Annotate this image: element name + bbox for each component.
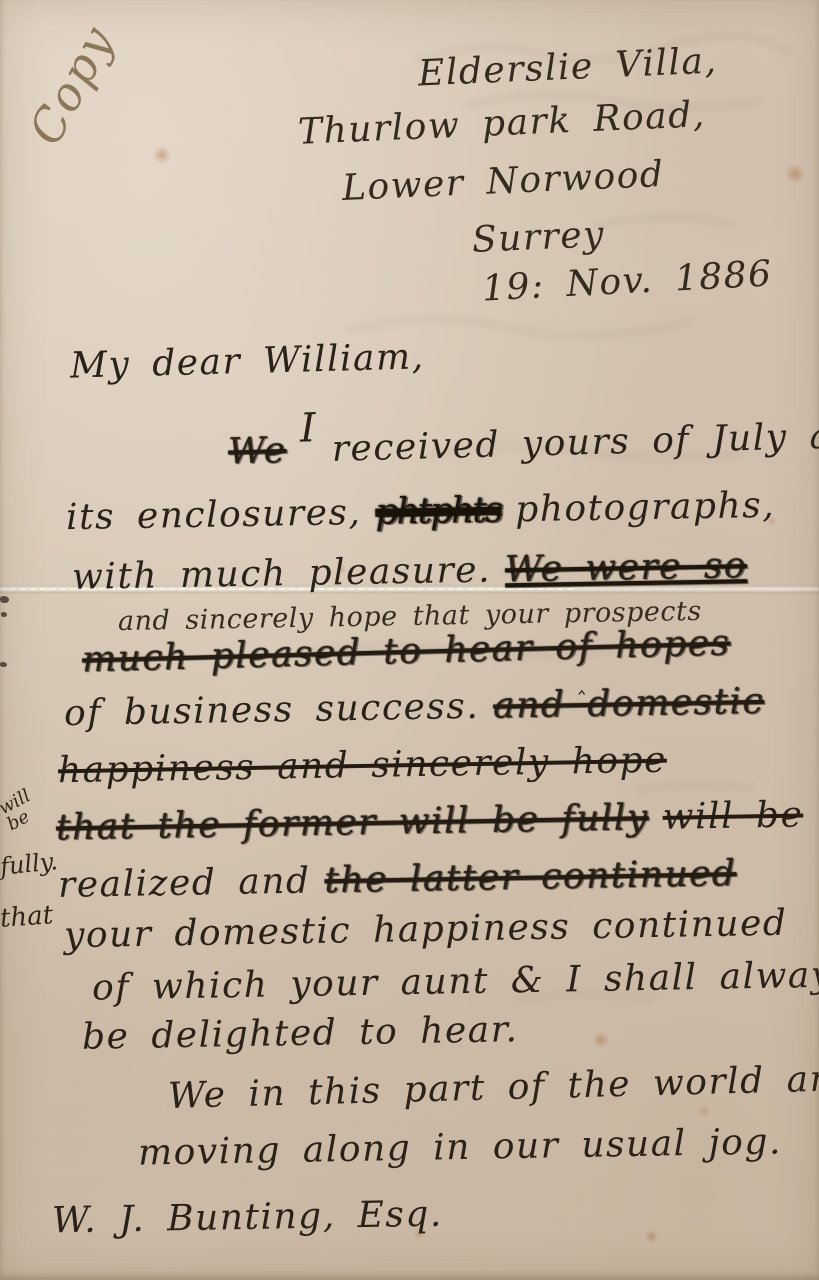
deleted-phrase: that the former will be fully xyxy=(56,798,649,848)
letter-line-12: We in this part of the world are xyxy=(168,1059,819,1116)
edge-speck xyxy=(0,596,9,603)
address-line-2: Thurlow park Road, xyxy=(297,95,706,152)
line-text: received yours of July and xyxy=(331,415,819,469)
line-text: realized and xyxy=(58,862,311,906)
margin-note-fully: fully. xyxy=(0,847,59,881)
inserted-word: I xyxy=(299,406,317,450)
stain xyxy=(696,1104,712,1118)
deleted-phrase: will be xyxy=(662,795,803,837)
deleted-phrase: the latter continued xyxy=(324,854,737,901)
line-text: of business success. xyxy=(64,687,480,734)
line-text: your domestic happiness continued xyxy=(64,904,788,956)
letter-line-10: of which your aunt & I shall always xyxy=(92,955,819,1008)
address-line-1: Elderslie Villa, xyxy=(417,41,718,94)
letter-page: Copy Elderslie Villa, Thurlow park Road,… xyxy=(0,0,819,1280)
letter-line-9: your domestic happiness continued xyxy=(64,904,788,956)
addressee-line: W. J. Bunting, Esq. xyxy=(52,1195,443,1241)
deleted-phrase: We were so xyxy=(505,546,748,590)
line-text: photographs, xyxy=(515,486,776,530)
stain xyxy=(592,1032,610,1048)
deleted-phrase: happiness and sincerely hope xyxy=(58,741,668,791)
copy-annotation: Copy xyxy=(18,16,125,153)
deleted-phrase: and domestic xyxy=(493,682,765,726)
margin-note-that: that xyxy=(0,900,54,934)
stain xyxy=(784,164,806,184)
deleted-scribble: phtphts xyxy=(375,491,502,533)
edge-speck xyxy=(1,612,7,617)
line-text: its enclosures, xyxy=(66,493,362,538)
letter-line-8: realized andthe latter continued xyxy=(58,854,737,905)
letter-line-5: of business success.and domestic xyxy=(64,682,765,734)
letter-line-7: that the former will be fullywill be xyxy=(56,795,804,848)
edge-speck xyxy=(0,662,7,667)
date-line: 19: Nov. 1886 xyxy=(481,254,773,309)
letter-line-2: its enclosures,phtphtsphotographs, xyxy=(66,486,776,538)
line-text: with much pleasure. xyxy=(72,551,492,598)
stain xyxy=(644,1230,659,1243)
letter-line-13: moving along in our usual jog. xyxy=(138,1122,782,1173)
letter-line-1: WeIreceived yours of July and xyxy=(228,411,819,472)
letter-line-6: happiness and sincerely hope xyxy=(58,741,668,791)
stain xyxy=(152,146,172,164)
margin-note-will-be: will be xyxy=(0,782,52,834)
letter-line-11: be delighted to hear. xyxy=(82,1010,519,1057)
salutation: My dear William, xyxy=(70,337,425,386)
deleted-word: We xyxy=(228,431,287,472)
address-line-3: Lower Norwood xyxy=(341,155,665,209)
address-line-4: Surrey xyxy=(471,215,606,260)
